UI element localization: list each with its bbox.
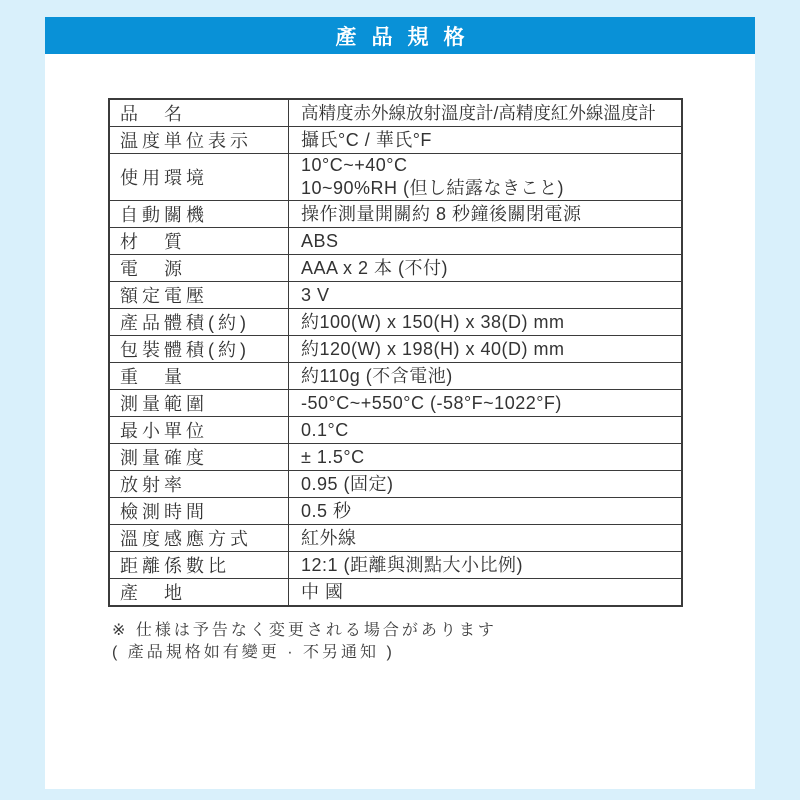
table-row: 電 源 AAA x 2 本 (不付) [109,255,682,282]
spec-label: 檢測時間 [109,498,289,525]
table-row: 測量範圍 -50°C~+550°C (-58°F~1022°F) [109,390,682,417]
spec-label: 自動關機 [109,201,289,228]
table-row: 檢測時間 0.5 秒 [109,498,682,525]
spec-label: 電 源 [109,255,289,282]
table-row: 額定電壓 3 V [109,282,682,309]
spec-label: 產 地 [109,579,289,607]
spec-value: AAA x 2 本 (不付) [289,255,683,282]
spec-value: 3 V [289,282,683,309]
spec-label: 測量範圍 [109,390,289,417]
spec-value: 攝氏°C / 華氏°F [289,127,683,154]
table-row: 產 地 中 國 [109,579,682,607]
spec-table: 品 名 高精度赤外線放射溫度計/高精度紅外線溫度計 温度単位表示 攝氏°C / … [108,98,683,607]
footer-note-jp: ※ 仕様は予告なく変更される場合があります [112,620,755,642]
spec-value: 0.95 (固定) [289,471,683,498]
header-bar: 產品規格 [45,17,755,54]
footer-notes: ※ 仕様は予告なく変更される場合があります ( 產品規格如有變更 · 不另通知 … [112,620,755,664]
spec-label: 包裝體積(約) [109,336,289,363]
spec-value: 操作測量開關約 8 秒鐘後關閉電源 [289,201,683,228]
spec-label: 重 量 [109,363,289,390]
spec-value: 高精度赤外線放射溫度計/高精度紅外線溫度計 [289,99,683,127]
spec-value: 紅外線 [289,525,683,552]
spec-value: 10°C~+40°C 10~90%RH (但し結露なきこと) [289,154,683,201]
table-row: 放射率 0.95 (固定) [109,471,682,498]
table-row: 測量確度 ± 1.5°C [109,444,682,471]
spec-value: 約120(W) x 198(H) x 40(D) mm [289,336,683,363]
spec-label: 放射率 [109,471,289,498]
spec-value: 12:1 (距離與測點大小比例) [289,552,683,579]
spec-label: 材 質 [109,228,289,255]
spec-value: 約110g (不含電池) [289,363,683,390]
table-row: 自動關機 操作測量開關約 8 秒鐘後關閉電源 [109,201,682,228]
table-row: 最小單位 0.1°C [109,417,682,444]
spec-table-body: 品 名 高精度赤外線放射溫度計/高精度紅外線溫度計 温度単位表示 攝氏°C / … [109,99,682,606]
spec-label: 使用環境 [109,154,289,201]
table-row: 產品體積(約) 約100(W) x 150(H) x 38(D) mm [109,309,682,336]
spec-label: 温度単位表示 [109,127,289,154]
footer-note-zh: ( 產品規格如有變更 · 不另通知 ) [112,642,755,664]
spec-label: 測量確度 [109,444,289,471]
table-row: 品 名 高精度赤外線放射溫度計/高精度紅外線溫度計 [109,99,682,127]
spec-value: 約100(W) x 150(H) x 38(D) mm [289,309,683,336]
spec-label: 額定電壓 [109,282,289,309]
table-row: 包裝體積(約) 約120(W) x 198(H) x 40(D) mm [109,336,682,363]
table-row: 使用環境 10°C~+40°C 10~90%RH (但し結露なきこと) [109,154,682,201]
spec-value: 中 國 [289,579,683,607]
page-title: 產品規格 [321,21,480,51]
table-row: 材 質 ABS [109,228,682,255]
spec-label: 距離係數比 [109,552,289,579]
table-row: 溫度感應方式 紅外線 [109,525,682,552]
spec-value: 0.1°C [289,417,683,444]
spec-value: 0.5 秒 [289,498,683,525]
spec-label: 最小單位 [109,417,289,444]
table-row: 距離係數比 12:1 (距離與測點大小比例) [109,552,682,579]
spec-label: 產品體積(約) [109,309,289,336]
spec-value: -50°C~+550°C (-58°F~1022°F) [289,390,683,417]
spec-label: 品 名 [109,99,289,127]
spec-label: 溫度感應方式 [109,525,289,552]
spec-value: ± 1.5°C [289,444,683,471]
spec-value: ABS [289,228,683,255]
table-row: 温度単位表示 攝氏°C / 華氏°F [109,127,682,154]
table-row: 重 量 約110g (不含電池) [109,363,682,390]
spec-sheet-panel: 產品規格 品 名 高精度赤外線放射溫度計/高精度紅外線溫度計 温度単位表示 攝氏… [45,17,755,789]
